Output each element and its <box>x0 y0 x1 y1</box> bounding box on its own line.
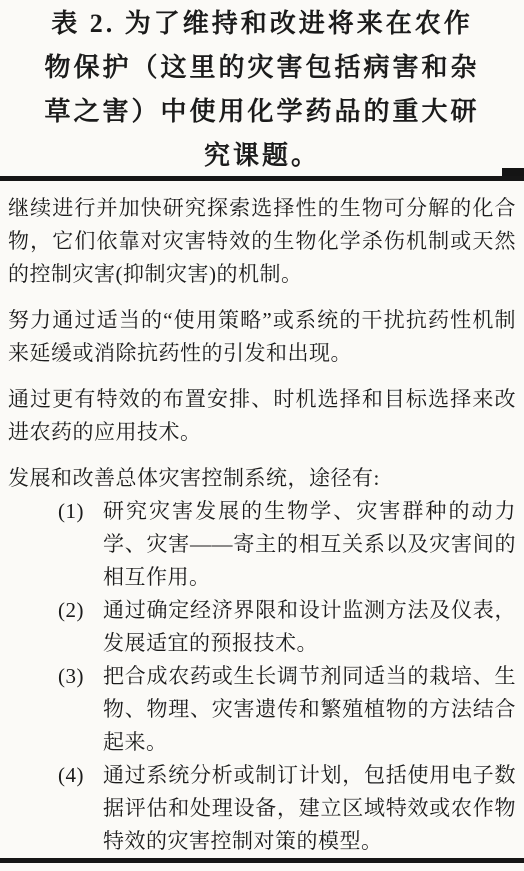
list-item-1: (1) 研究灾害发展的生物学、灾害群种的动力学、灾害——寄主的相互关系以及灾害间… <box>58 495 516 594</box>
paragraph-3: 通过更有特效的布置安排、时机选择和目标选择来改进农药的应用技术。 <box>8 383 516 449</box>
title-line-2: 物保护（这里的灾害包括病害和杂 <box>0 46 524 90</box>
scanned-page: 表 2. 为了维持和改进将来在农作 物保护（这里的灾害包括病害和杂 草之害）中使… <box>0 0 524 871</box>
list-item-1-text: 研究灾害发展的生物学、灾害群种的动力学、灾害——寄主的相互关系以及灾害间的相互作… <box>103 495 516 594</box>
research-list: (1) 研究灾害发展的生物学、灾害群种的动力学、灾害——寄主的相互关系以及灾害间… <box>58 495 516 858</box>
title-line-1: 表 2. 为了维持和改进将来在农作 <box>0 2 524 46</box>
paragraph-2: 努力通过适当的“使用策略”或系统的干扰抗药性机制来延缓或消除抗药性的引发和出现。 <box>8 304 516 370</box>
table-body: 继续进行并加快研究探索选择性的生物可分解的化合物，它们依靠对灾害特效的生物化学杀… <box>0 181 524 858</box>
list-item-4-text: 通过系统分析或制订计划，包括使用电子数据评估和处理设备，建立区域特效或农作物特效… <box>103 759 516 858</box>
bottom-rule <box>0 858 524 863</box>
top-rule <box>0 176 524 181</box>
list-item-1-number: (1) <box>58 495 103 594</box>
title-line-4: 究课题。 <box>0 134 524 178</box>
title-line-3: 草之害）中使用化学药品的重大研 <box>0 90 524 134</box>
paragraph-1: 继续进行并加快研究探索选择性的生物可分解的化合物，它们依靠对灾害特效的生物化学杀… <box>8 192 516 291</box>
list-item-2-text: 通过确定经济界限和设计监测方法及仪表，发展适宜的预报技术。 <box>103 594 516 660</box>
list-item-3-number: (3) <box>58 660 103 759</box>
list-item-4-number: (4) <box>58 759 103 858</box>
list-item-2: (2) 通过确定经济界限和设计监测方法及仪表，发展适宜的预报技术。 <box>58 594 516 660</box>
list-item-4: (4) 通过系统分析或制订计划，包括使用电子数据评估和处理设备，建立区域特效或农… <box>58 759 516 858</box>
list-item-3-text: 把合成农药或生长调节剂同适当的栽培、生物、物理、灾害遗传和繁殖植物的方法结合起来… <box>103 660 516 759</box>
list-item-2-number: (2) <box>58 594 103 660</box>
table-title: 表 2. 为了维持和改进将来在农作 物保护（这里的灾害包括病害和杂 草之害）中使… <box>0 0 524 176</box>
paragraph-4-intro: 发展和改善总体灾害控制系统，途径有: <box>8 462 516 495</box>
list-item-3: (3) 把合成农药或生长调节剂同适当的栽培、生物、物理、灾害遗传和繁殖植物的方法… <box>58 660 516 759</box>
